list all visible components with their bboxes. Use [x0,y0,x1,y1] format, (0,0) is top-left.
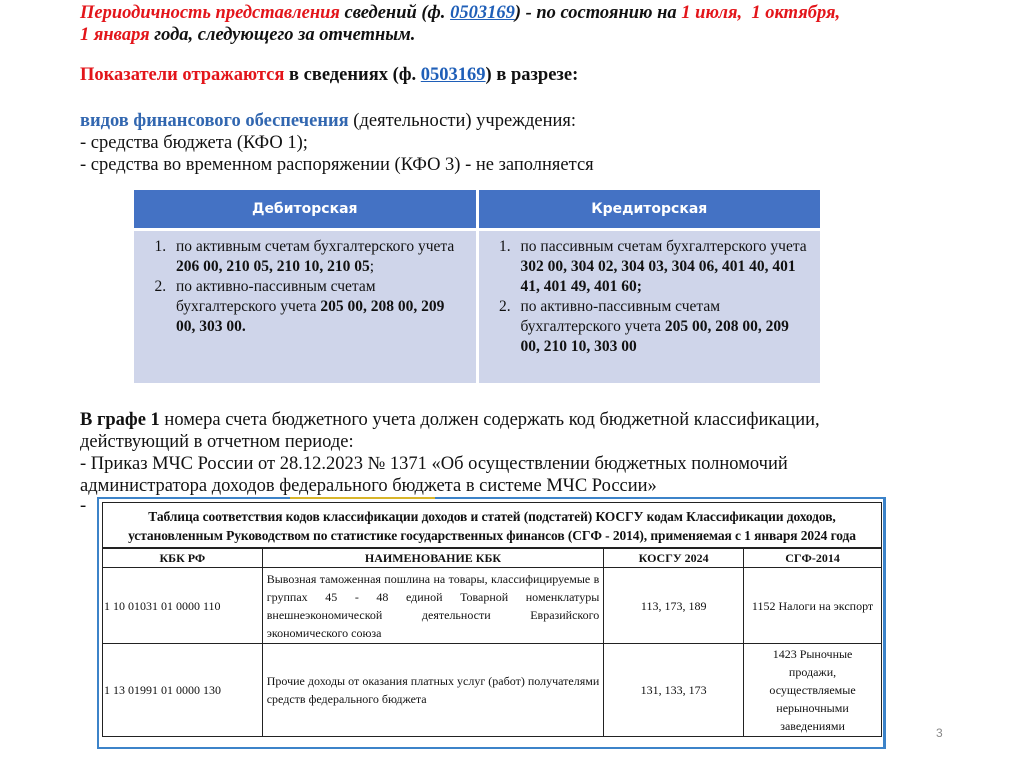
periodicity-text-3: года, следующего за отчетным. [150,25,416,45]
accounts-table: Дебиторская Кредиторская по активным сче… [131,190,823,383]
funding-item: - средства бюджета (КФО 1); [80,132,594,154]
periodicity-label: Периодичность представления [80,3,340,23]
funding-text: (деятельности) учреждения: [349,111,576,131]
sgf-code: 1152 Налоги на экспорт [744,568,882,644]
debit-item: по активным счетам бухгалтерского учета … [170,237,466,277]
indicators-paragraph: Показатели отражаются в сведениях (ф. 05… [80,64,578,86]
form-link[interactable]: 0503169 [450,3,515,23]
credit-cell: по пассивным счетам бухгалтерского учета… [479,231,821,383]
table-row: 1 10 01031 01 0000 110 Вывозная таможенн… [103,568,882,644]
funding-paragraph: видов финансового обеспечения (деятельно… [80,110,594,176]
column1-label: В графе 1 [80,410,160,430]
date-july: 1 июля, [681,3,742,23]
kosgu-codes: 113, 173, 189 [604,568,744,644]
kbk-table-title: Таблица соответствия кодов классификации… [103,503,882,549]
kbk-table: Таблица соответствия кодов классификации… [102,502,882,737]
indicators-text: в сведениях (ф. [284,65,420,85]
kbk-name: Прочие доходы от оказания платных услуг … [262,644,604,737]
kbk-name-header: НАИМЕНОВАНИЕ КБК [262,548,604,568]
debit-header: Дебиторская [134,190,476,228]
order-reference: - Приказ МЧС России от 28.12.2023 № 1371… [80,453,940,475]
column1-text-2: действующий в отчетном периоде: [80,431,940,453]
debit-item: по активно-пассивным счетам бухгалтерско… [170,277,466,337]
credit-header: Кредиторская [479,190,821,228]
indicators-label: Показатели отражаются [80,65,284,85]
sgf-code: 1423 Рыночные продажи, осуществляемые не… [744,644,882,737]
indicators-text-2: ) в разрезе: [486,65,579,85]
debit-cell: по активным счетам бухгалтерского учета … [134,231,476,383]
column1-paragraph: В графе 1 номера счета бюджетного учета … [80,409,940,497]
kbk-code: 1 10 01031 01 0000 110 [103,568,263,644]
slide: Периодичность представления сведений (ф.… [0,0,1024,767]
kbk-header: КБК РФ [103,548,263,568]
highlight-line [290,497,435,499]
list-dash: - [80,496,86,517]
order-reference-2: администратора доходов федерального бюдж… [80,475,940,497]
kbk-table-image: Таблица соответствия кодов классификации… [97,497,886,749]
form-link-2[interactable]: 0503169 [421,65,486,85]
column1-text: номера счета бюджетного учета должен сод… [160,410,820,430]
table-row: 1 13 01991 01 0000 130 Прочие доходы от … [103,644,882,737]
date-october: 1 октября, [751,3,840,23]
credit-item: по активно-пассивным счетам бухгалтерско… [515,297,811,357]
funding-item: - средства во временном распоряжении (КФ… [80,154,594,176]
funding-label: видов финансового обеспечения [80,111,349,131]
date-january: 1 января [80,25,150,45]
credit-item: по пассивным счетам бухгалтерского учета… [515,237,811,297]
periodicity-text: сведений (ф. [340,3,450,23]
kosgu-codes: 131, 133, 173 [604,644,744,737]
periodicity-paragraph: Периодичность представления сведений (ф.… [80,2,940,46]
kbk-code: 1 13 01991 01 0000 130 [103,644,263,737]
sgf-header: СГФ-2014 [744,548,882,568]
page-number: 3 [936,726,943,740]
periodicity-text-2: ) - по состоянию на [515,3,681,23]
kbk-name: Вывозная таможенная пошлина на товары, к… [262,568,604,644]
kosgu-header: КОСГУ 2024 [604,548,744,568]
